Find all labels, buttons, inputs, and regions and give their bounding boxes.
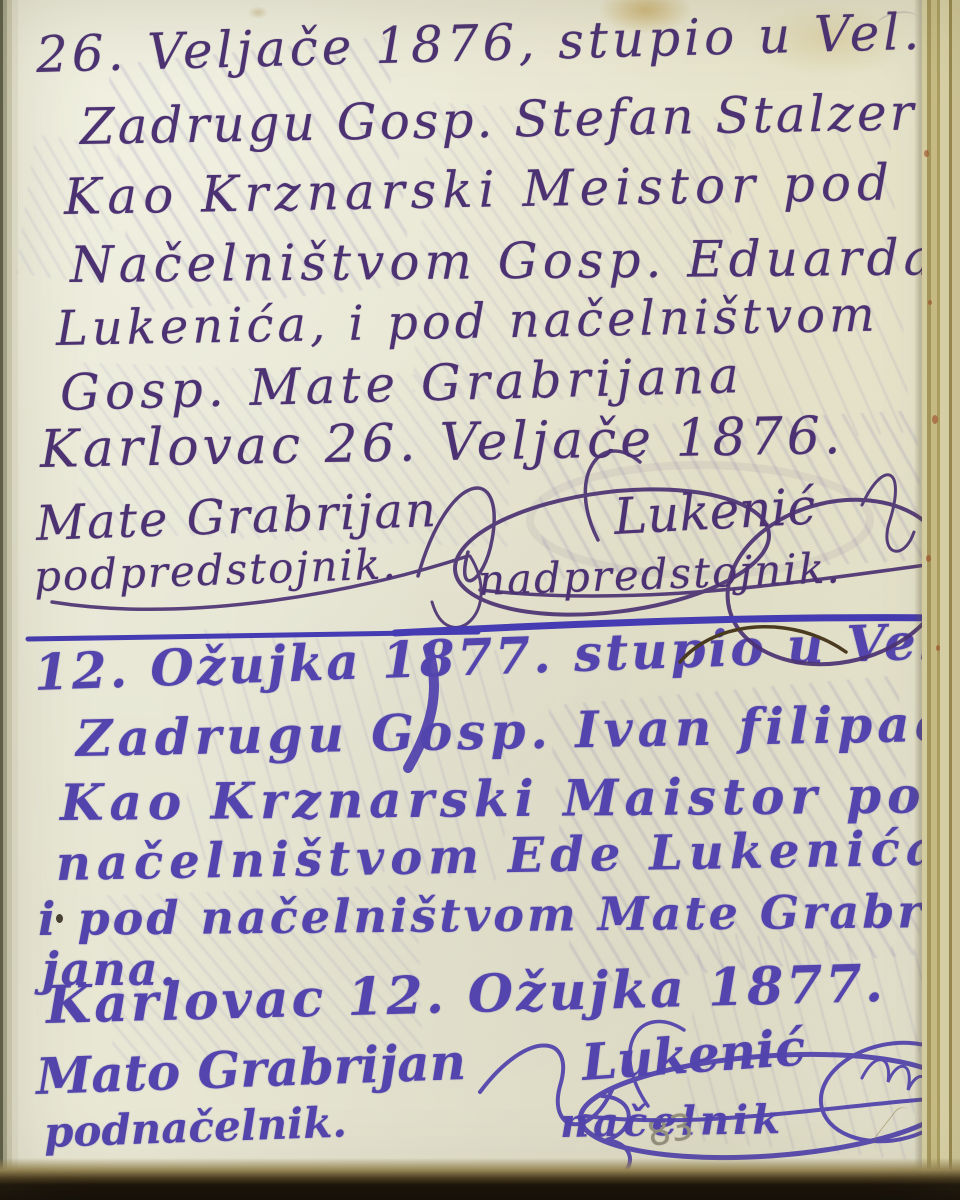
- fore-edge-rust-spot: [932, 415, 938, 424]
- entry2-line-1: 12. Ožujka 1877. stupio u Vel.: [33, 616, 960, 698]
- book-gutter-edge: [0, 0, 18, 1200]
- page-number-pencil: 83: [644, 1109, 696, 1154]
- entry1-line-4: Načelništvom Gosp. Eduarda: [70, 232, 939, 290]
- entry2-line-5: i pod načelništvom Mate Grabri,: [38, 888, 960, 942]
- entry1-line-6: Gosp. Mate Grabrijana: [59, 350, 744, 418]
- entry2-signature-right-name: Lukenić: [580, 1022, 807, 1087]
- entry2-signature-left-name: Mato Grabrijan: [35, 1037, 467, 1102]
- entry2-line-2: Zadrugu Gosp. Ivan filipac: [76, 699, 951, 764]
- entry1-signature-right-name: Lukenić: [613, 481, 817, 541]
- fore-edge-rust-spot: [926, 555, 931, 562]
- entry1-role-left: podpredstojnik.: [33, 543, 398, 598]
- fore-edge-rust-spot: [924, 150, 929, 157]
- paper-stain: [248, 6, 268, 19]
- entry1-signature-left-name: Mate Grabrijan: [35, 486, 438, 548]
- entry1-line-1: 26. Veljače 1876, stupio u Vel.: [35, 7, 923, 80]
- entry1-role-right: nadpredstojnik.: [477, 547, 842, 602]
- entry1-line-3: Kao Krznarski Meistor pod: [64, 157, 896, 221]
- scanned-register-page: 26. Veljače 1876, stupio u Vel. Zadrugu …: [0, 0, 960, 1200]
- entry2-line-4: načelništvom Ede Lukenića: [56, 825, 944, 888]
- entry2-line-3: Kao Krznarski Maistor pod: [60, 770, 960, 828]
- book-bottom-edge: [0, 1158, 960, 1200]
- entry1-line-5: Lukenića, i pod načelništvom: [56, 291, 879, 353]
- entry1-line-2: Zadrugu Gosp. Stefan Stalzer: [80, 87, 917, 152]
- entry2-role-left: podnačelnik.: [43, 1101, 347, 1154]
- fore-edge-rust-spot: [928, 300, 932, 305]
- page-stack-fore-edge: [912, 0, 960, 1200]
- fore-edge-rust-spot: [936, 645, 940, 651]
- entry1-dateline: Karlovac 26. Veljače 1876.: [40, 410, 845, 476]
